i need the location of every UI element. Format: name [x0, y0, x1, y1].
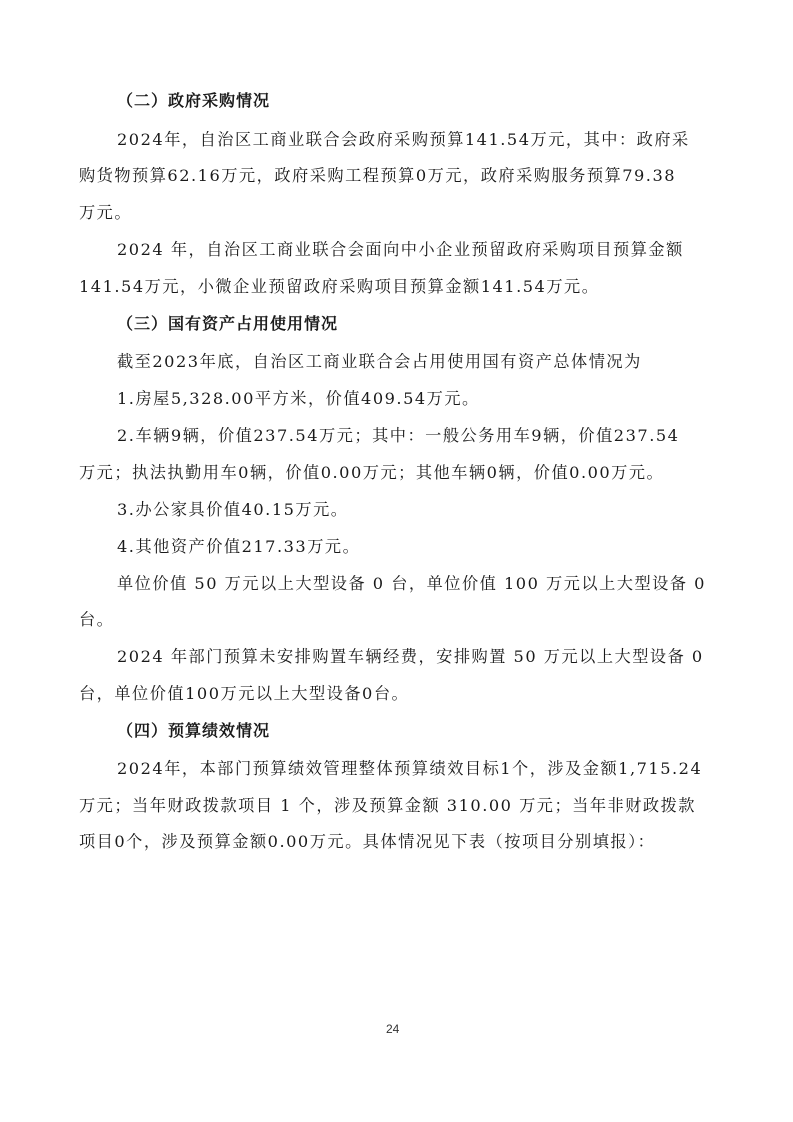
section-heading-performance: （四）预算绩效情况 — [117, 721, 270, 741]
paragraph-line: 单位价值 50 万元以上大型设备 0 台，单位价值 100 万元以上大型设备 0 — [117, 574, 706, 594]
paragraph-line: 141.54万元，小微企业预留政府采购项目预算金额141.54万元。 — [79, 277, 599, 297]
paragraph-line: 台，单位价值100万元以上大型设备0台。 — [79, 684, 409, 704]
paragraph-line: 2024年，自治区工商业联合会政府采购预算141.54万元，其中：政府采 — [117, 130, 690, 150]
paragraph-line: 万元；执法执勤用车0辆，价值0.00万元；其他车辆0辆，价值0.00万元。 — [79, 463, 664, 483]
list-item-furniture: 3.办公家具价值40.15万元。 — [117, 500, 348, 520]
paragraph-line: 2024 年部门预算未安排购置车辆经费，安排购置 50 万元以上大型设备 0 — [117, 647, 704, 667]
paragraph-line: 购货物预算62.16万元，政府采购工程预算0万元，政府采购服务预算79.38 — [79, 166, 676, 186]
section-heading-government-procurement: （二）政府采购情况 — [117, 91, 270, 111]
paragraph-line: 截至2023年底，自治区工商业联合会占用使用国有资产总体情况为 — [117, 352, 642, 372]
paragraph-line: 2024年，本部门预算绩效管理整体预算绩效目标1个，涉及金额1,715.24 — [117, 759, 702, 779]
paragraph-line: 2024 年，自治区工商业联合会面向中小企业预留政府采购项目预算金额 — [117, 240, 684, 260]
page-number: 24 — [386, 1022, 399, 1036]
section-heading-state-assets: （三）国有资产占用使用情况 — [117, 314, 338, 334]
list-item-housing: 1.房屋5,328.00平方米，价值409.54万元。 — [117, 389, 480, 409]
paragraph-line: 万元。 — [79, 203, 132, 223]
paragraph-line: 台。 — [79, 610, 114, 630]
paragraph-line: 万元；当年财政拨款项目 1 个，涉及预算金额 310.00 万元；当年非财政拨款 — [79, 796, 696, 816]
list-item-other-assets: 4.其他资产价值217.33万元。 — [117, 537, 360, 557]
list-item-vehicles: 2.车辆9辆，价值237.54万元；其中：一般公务用车9辆，价值237.54 — [117, 426, 679, 446]
document-page: （二）政府采购情况 2024年，自治区工商业联合会政府采购预算141.54万元，… — [0, 0, 793, 1122]
paragraph-line: 项目0个，涉及预算金额0.00万元。具体情况见下表（按项目分别填报）： — [79, 832, 655, 852]
